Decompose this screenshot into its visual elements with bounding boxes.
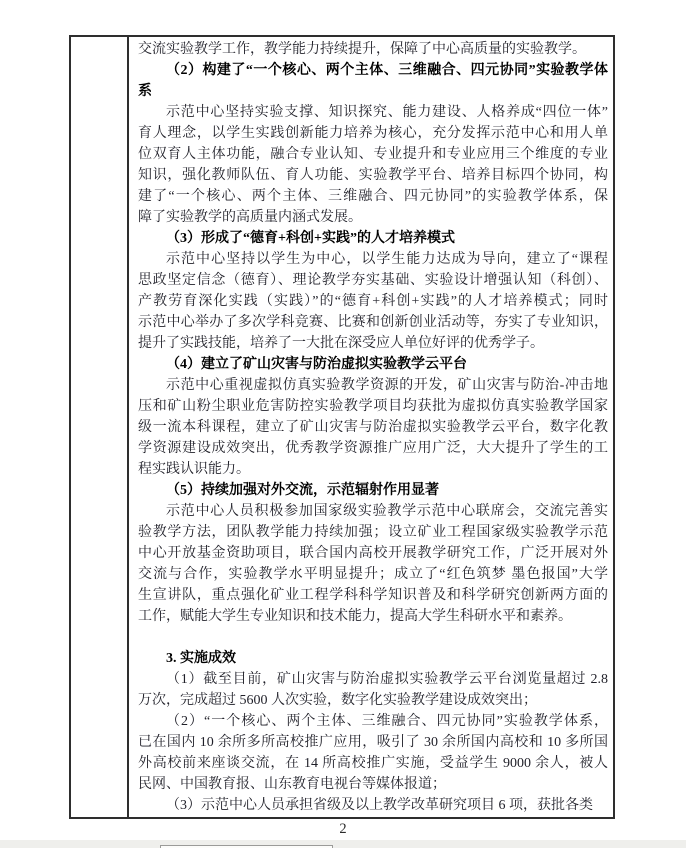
body-line: 产教劳育深化实践（实践）”的“德育+科创+实践”的人才培养模式；同时 <box>138 291 608 312</box>
body-line: 已在国内 10 余所多所高校推广应用，吸引了 30 余所国内高校和 10 多所国 <box>138 732 608 753</box>
document-page: 交流实验教学工作，教学能力持续提升，保障了中心高质量的实验教学。（2）构建了“一… <box>0 0 686 848</box>
heading-line: 3. 实施成效 <box>138 648 608 669</box>
body-line: （2）“一个核心、两个主体、三维融合、四元协同”实验教学体系， <box>138 711 608 732</box>
body-line: 外高校前来座谈交流，在 14 所高校推广实施，受益学生 9000 余人，被人 <box>138 753 608 774</box>
table-content-cell: 交流实验教学工作，教学能力持续提升，保障了中心高质量的实验教学。（2）构建了“一… <box>129 37 613 817</box>
body-line: 思政坚定信念（德育）、理论教学夯实基础、实验设计增强认知（科创）、 <box>138 270 608 291</box>
body-line: 交流实验教学工作，教学能力持续提升，保障了中心高质量的实验教学。 <box>138 39 608 60</box>
body-line: 育人理念，以学生实践创新能力培养为核心，充分发挥示范中心和用人单 <box>138 123 608 144</box>
body-line: 交流与合作，实验教学水平明显提升；成立了“红色筑梦 墨色报国”大学 <box>138 564 608 585</box>
body-line: 学资源建设成效突出，优秀教学资源推广应用广泛，大大提升了学生的工 <box>138 438 608 459</box>
body-line: 级一流本科课程，建立了矿山灾害与防治虚拟实验教学云平台，数字化教 <box>138 417 608 438</box>
body-line: 示范中心人员积极参加国家级实验教学示范中心联席会，交流完善实 <box>138 501 608 522</box>
body-line: 示范中心举办了多次学科竞赛、比赛和创新创业活动等，夯实了专业知识， <box>138 312 608 333</box>
heading-line: （4）建立了矿山灾害与防治虚拟实验教学云平台 <box>138 354 608 375</box>
page-number: 2 <box>0 821 686 838</box>
page-gap <box>0 840 686 848</box>
body-line: 示范中心坚持实验支撑、知识探究、能力建设、人格养成“四位一体” <box>138 102 608 123</box>
body-line: （1）截至目前，矿山灾害与防治虚拟实验教学云平台浏览量超过 2.8 <box>138 669 608 690</box>
body-line: 示范中心重视虚拟仿真实验教学资源的开发，矿山灾害与防治-冲击地 <box>138 375 608 396</box>
body-line: 建了“一个核心、两个主体、三维融合、四元协同”的实验教学体系，保 <box>138 186 608 207</box>
body-line: （3）示范中心人员承担省级及以上教学改革研究项目 6 项，获批各类 <box>138 795 608 816</box>
body-line: 位双育人主体功能，融合专业认知、专业提升和专业应用三个维度的专业 <box>138 144 608 165</box>
blank-line <box>138 627 608 648</box>
body-line: 生宣讲队，重点强化矿业工程学科科学知识普及和科学研究创新两方面的 <box>138 585 608 606</box>
body-line: 知识，强化教师队伍、育人功能、实验教学平台、培养目标四个协同，构 <box>138 165 608 186</box>
heading-line: （3）形成了“德育+科创+实践”的人才培养模式 <box>138 228 608 249</box>
body-line: 示范中心坚持以学生为中心，以学生能力达成为导向，建立了“课程 <box>138 249 608 270</box>
body-line: 民网、中国教育报、山东教育电视台等媒体报道； <box>138 774 608 795</box>
body-line: 验教学方法，团队教学能力持续加强；设立矿业工程国家级实验教学示范 <box>138 522 608 543</box>
body-line: 障了实验教学的高质量内涵式发展。 <box>138 207 608 228</box>
table-left-cell <box>71 37 129 817</box>
heading-line: （2）构建了“一个核心、两个主体、三维融合、四元协同”实验教学体 <box>138 60 608 81</box>
heading-line: （5）持续加强对外交流，示范辐射作用显著 <box>138 480 608 501</box>
body-line: 中心开放基金资助项目，联合国内高校开展教学研究工作，广泛开展对外 <box>138 543 608 564</box>
body-line: 提升了实践技能，培养了一大批在深受应人单位好评的优秀学子。 <box>138 333 608 354</box>
body-line: 万次，完成超过 5600 人次实验，数字化实验教学建设成效突出； <box>138 690 608 711</box>
heading-line: 系 <box>138 81 608 102</box>
body-line: 程实践认识能力。 <box>138 459 608 480</box>
body-line: 压和矿山粉尘职业危害防控实验教学项目均获批为虚拟仿真实验教学国家 <box>138 396 608 417</box>
document-table: 交流实验教学工作，教学能力持续提升，保障了中心高质量的实验教学。（2）构建了“一… <box>69 35 615 819</box>
body-line: 工作，赋能大学生专业知识和技术能力，提高大学生科研水平和素养。 <box>138 606 608 627</box>
